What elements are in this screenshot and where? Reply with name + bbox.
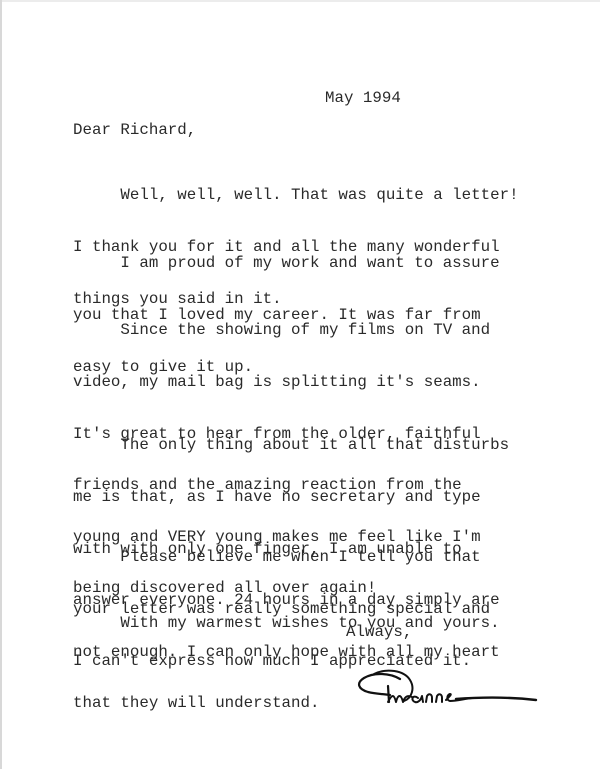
paragraph-line: Please believe me when I tell you that [73, 549, 490, 566]
paragraph-6: With my warmest wishes to you and yours. [73, 581, 500, 667]
letter-date: May 1994 [325, 89, 401, 107]
paragraph-line: video, my mail bag is splitting it's sea… [73, 374, 490, 391]
letter-page: May 1994 Dear Richard, Well, well, well.… [0, 0, 600, 769]
paragraph-line: Since the showing of my films on TV and [73, 322, 490, 339]
paragraph-line: Well, well, well. That was quite a lette… [73, 187, 519, 204]
handwritten-signature-icon [352, 656, 542, 716]
closing: Always, [346, 623, 412, 641]
paragraph-line: me is that, as I have no secretary and t… [73, 489, 509, 506]
paragraph-line: The only thing about it all that disturb… [73, 437, 509, 454]
paragraph-line: I am proud of my work and want to assure [73, 255, 500, 272]
salutation: Dear Richard, [73, 121, 196, 139]
paragraph-line: With my warmest wishes to you and yours. [73, 615, 500, 632]
